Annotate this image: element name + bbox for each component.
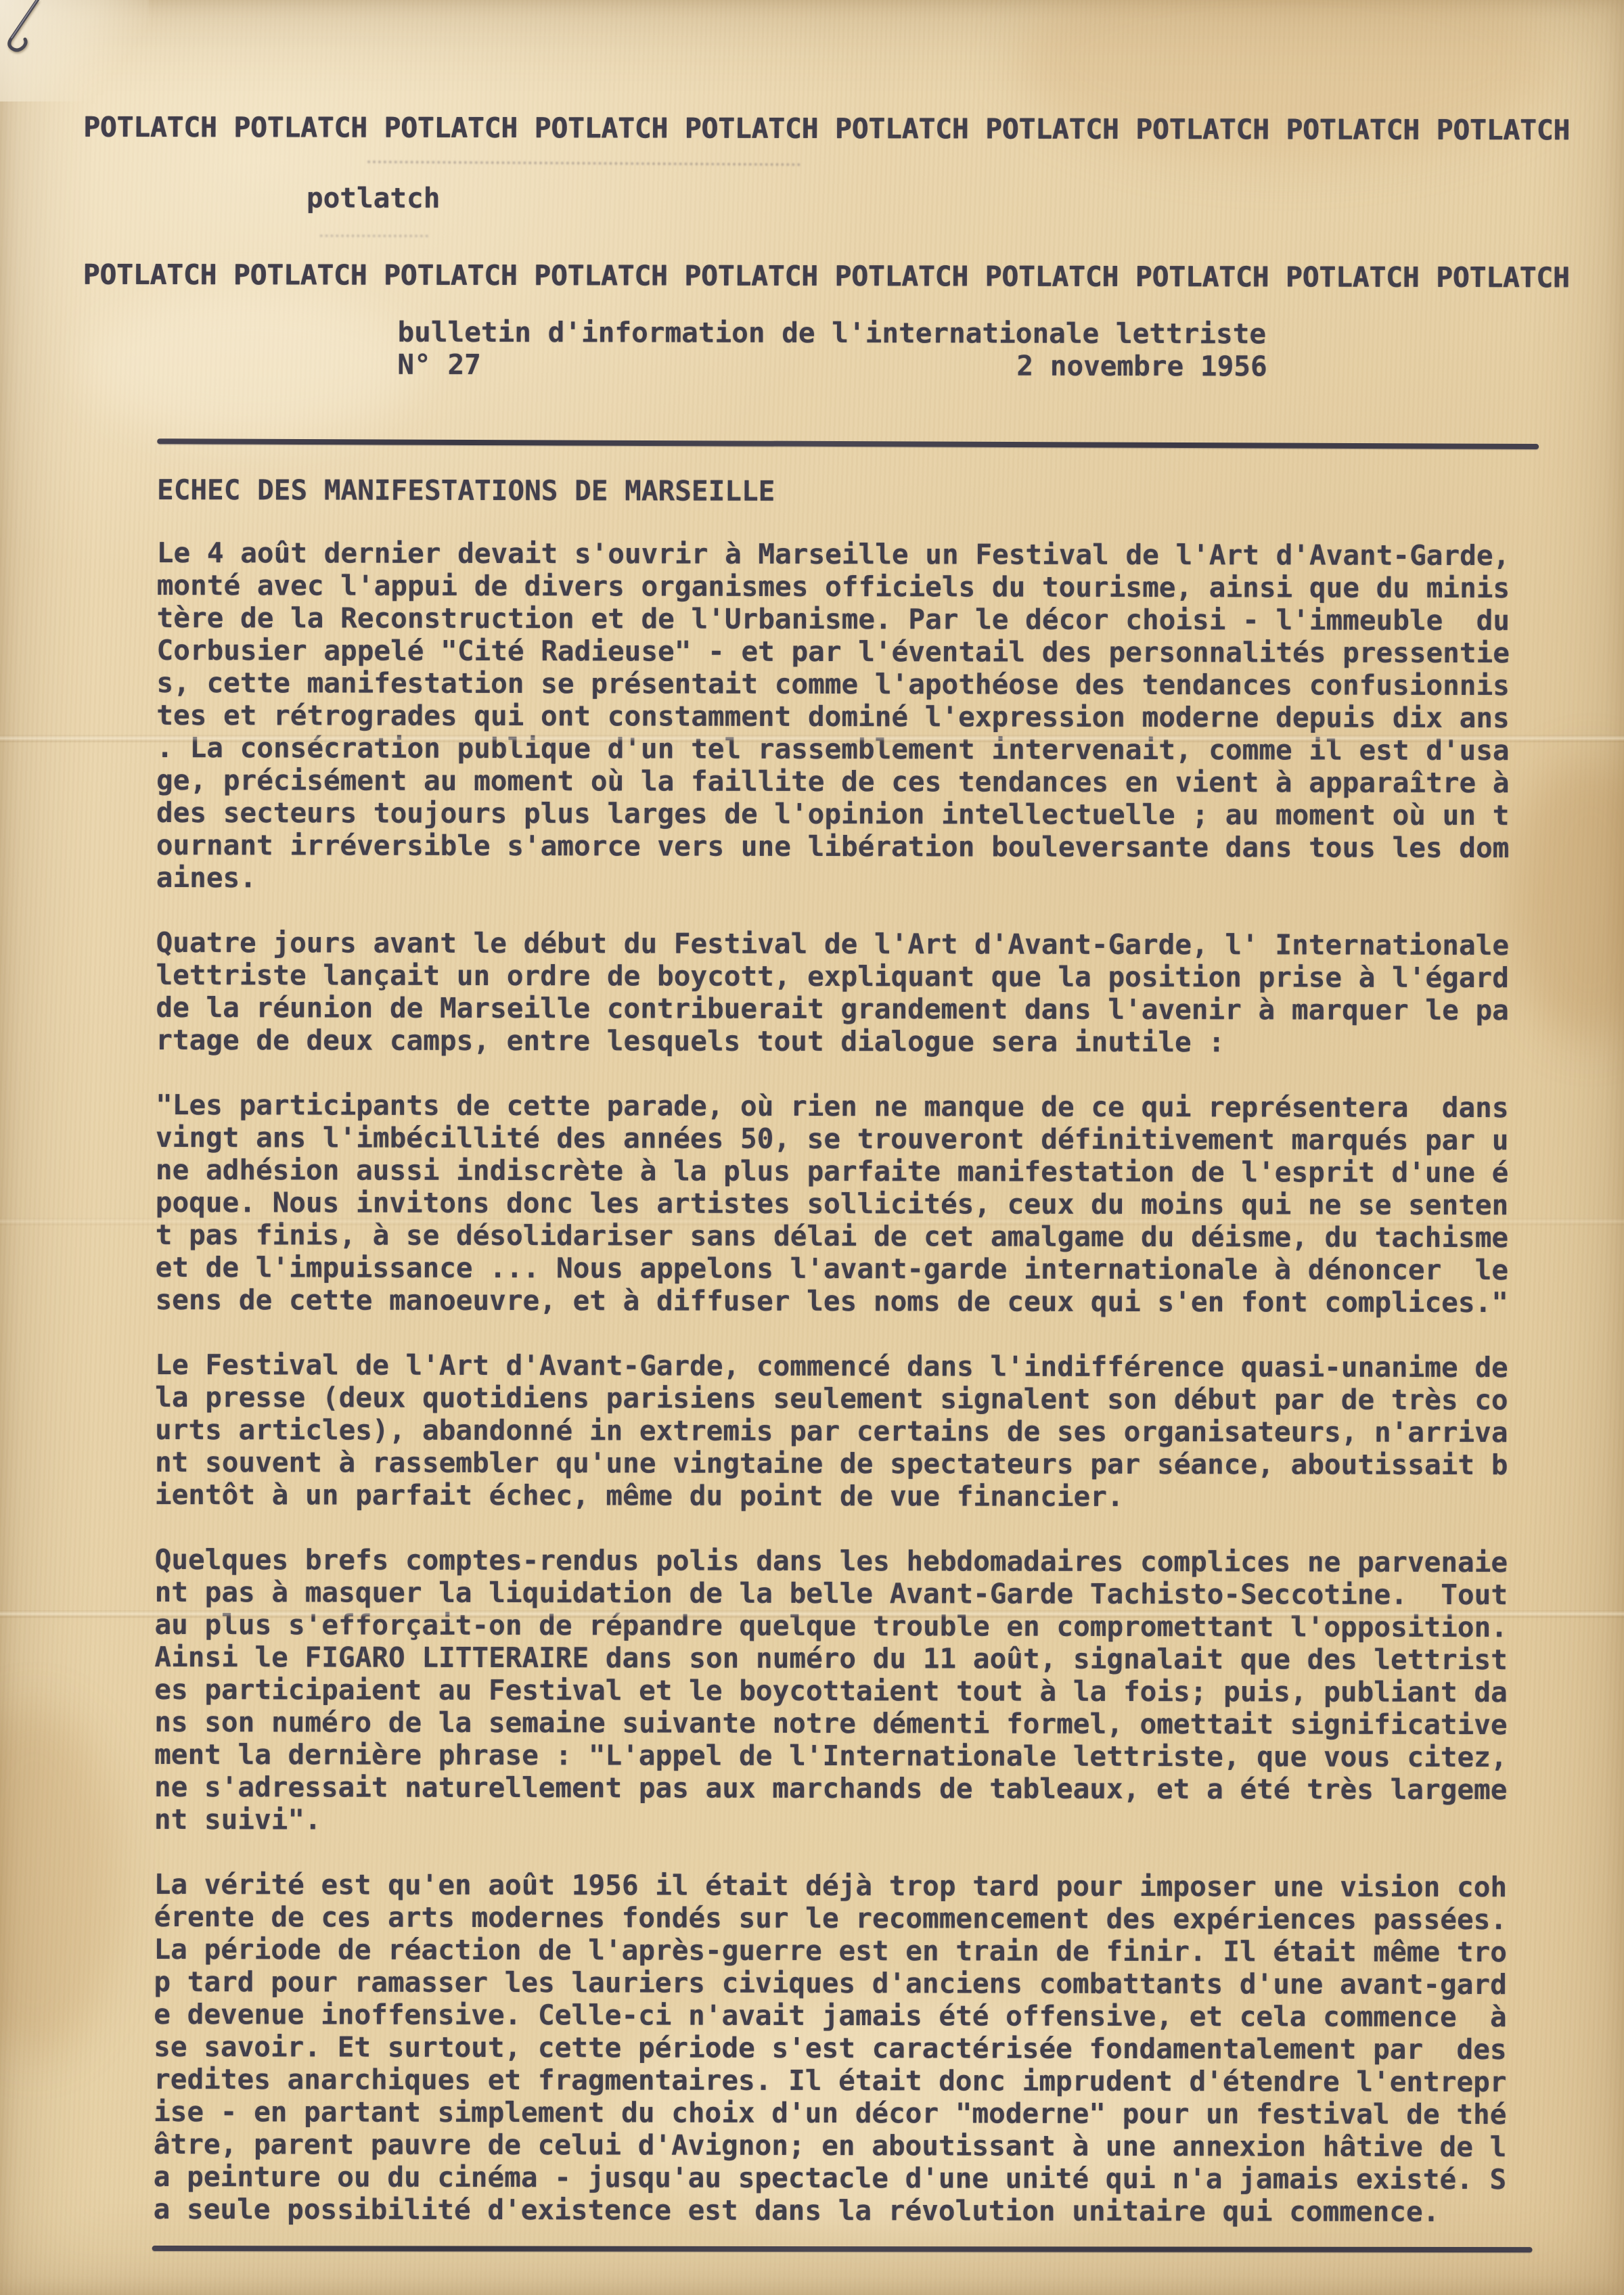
issue-number: N° 27 <box>397 348 481 381</box>
subtitle-line: bulletin d'information de l'internationa… <box>397 316 1266 350</box>
document-page: POTLATCH POTLATCH POTLATCH POTLATCH POTL… <box>0 0 1624 2295</box>
paragraph-1: Le 4 août dernier devait s'ouvrir à Mars… <box>156 537 1558 896</box>
masthead-row-2: POTLATCH POTLATCH POTLATCH POTLATCH POTL… <box>83 258 1570 294</box>
article-body: Le 4 août dernier devait s'ouvrir à Mars… <box>154 537 1558 2260</box>
ink-smudge <box>367 160 800 166</box>
article-title: ECHEC DES MANIFESTATIONS DE MARSEILLE <box>157 474 775 507</box>
paragraph-6: La vérité est qu'en août 1956 il était d… <box>154 1868 1555 2228</box>
masthead-lowercase: potlatch <box>307 181 441 214</box>
paragraph-3-quote: "Les participants de cette parade, où ri… <box>155 1089 1556 1319</box>
divider-rule-top <box>157 438 1539 449</box>
paragraph-4: Le Festival de l'Art d'Avant-Garde, comm… <box>155 1348 1556 1514</box>
ink-smudge <box>320 234 428 237</box>
paragraph-5: Quelques brefs comptes-rendus polis dans… <box>154 1543 1556 1838</box>
paragraph-2: Quatre jours avant le début du Festival … <box>156 926 1556 1059</box>
masthead-row-1: POTLATCH POTLATCH POTLATCH POTLATCH POTL… <box>83 111 1570 147</box>
issue-date: 2 novembre 1956 <box>1016 350 1267 383</box>
typed-content: POTLATCH POTLATCH POTLATCH POTLATCH POTL… <box>0 0 1624 2295</box>
